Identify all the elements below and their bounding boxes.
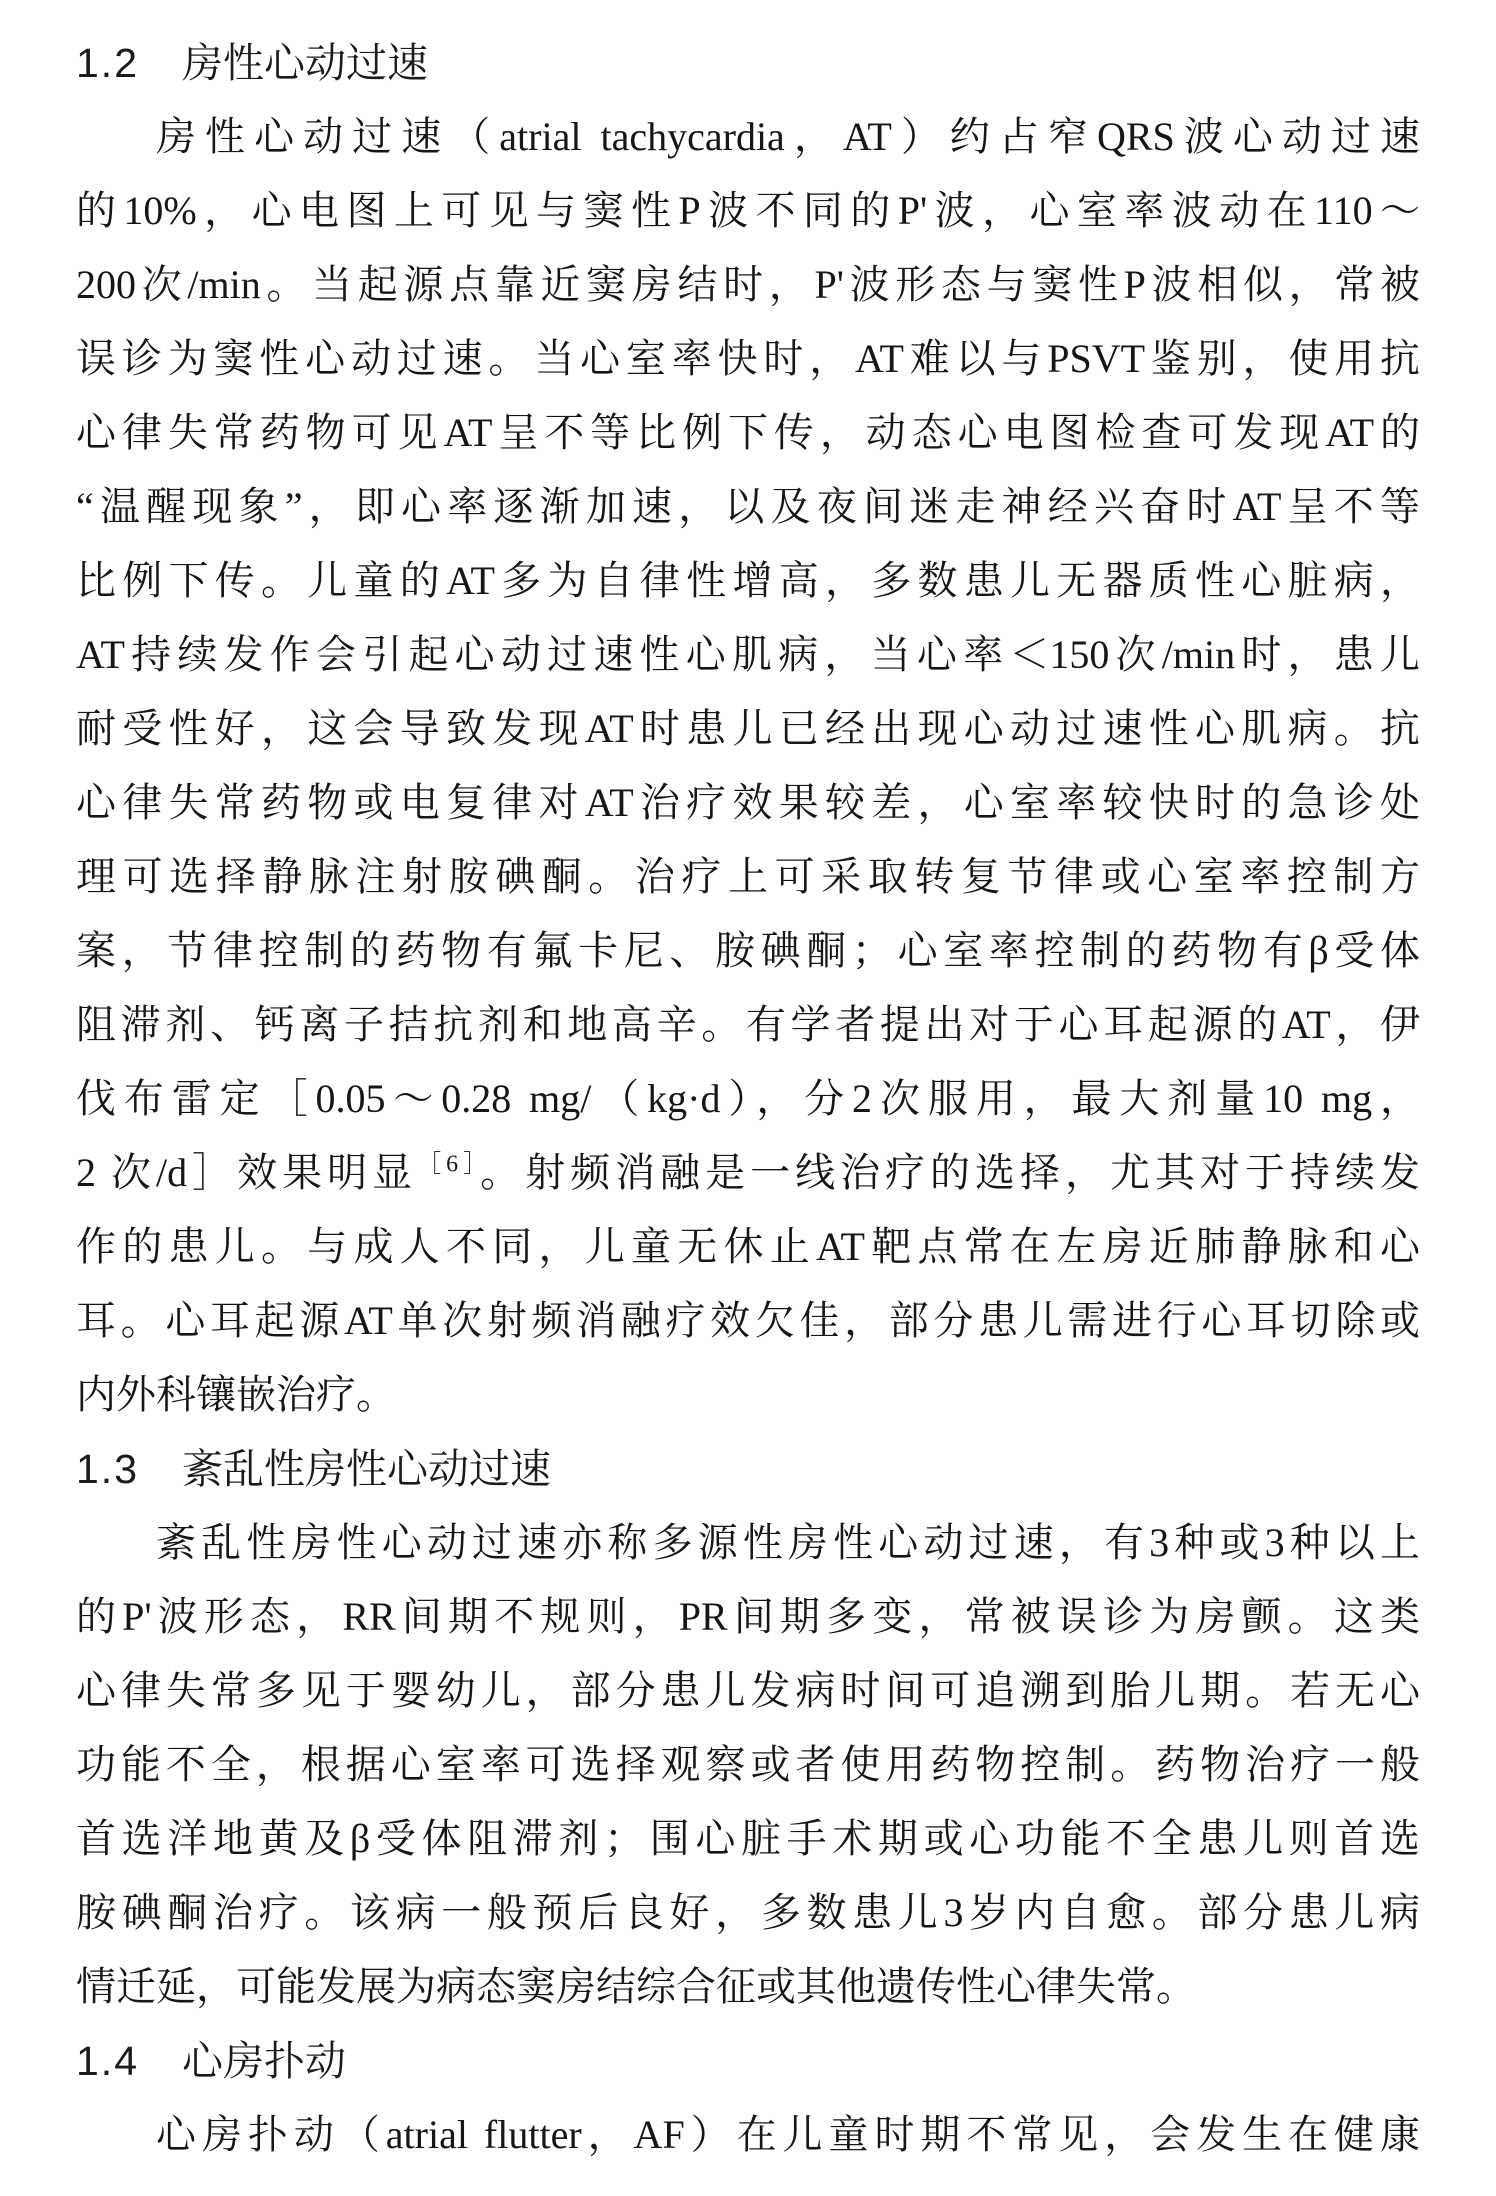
text-segment: 阻滞剂、钙离子拮抗剂和地高辛。有学者提出对于心耳起源的AT，伊: [76, 1002, 1420, 1047]
text-segment: 内外科镶嵌治疗。: [76, 1372, 396, 1417]
text-line: 作的患儿。与成人不同，儿童无休止AT靶点常在左房近肺静脉和心: [76, 1210, 1420, 1284]
text-line: 的P'波形态，RR间期不规则，PR间期多变，常被误诊为房颤。这类: [76, 1580, 1420, 1654]
text-segment: 的P'波形态，RR间期不规则，PR间期多变，常被误诊为房颤。这类: [76, 1594, 1420, 1639]
document-page: 1.2房性心动过速房性心动过速（atrial tachycardia，AT）约占…: [0, 0, 1496, 2196]
text-segment: 伐布雷定［0.05～0.28 mg/（kg·d），分2次服用，最大剂量10 mg…: [76, 1076, 1420, 1121]
text-line: 2 次/d］效果明显［6］。射频消融是一线治疗的选择，尤其对于持续发: [76, 1136, 1420, 1210]
text-segment: 理可选择静脉注射胺碘酮。治疗上可采取转复节律或心室率控制方: [76, 854, 1420, 899]
text-segment: 功能不全，根据心室率可选择观察或者使用药物控制。药物治疗一般: [76, 1742, 1420, 1787]
heading-title: 房性心动过速: [182, 40, 428, 86]
text-line: “温醒现象”，即心率逐渐加速，以及夜间迷走神经兴奋时AT呈不等: [76, 470, 1420, 544]
section-heading-1-3: 1.3紊乱性房性心动过速: [76, 1432, 1420, 1506]
text-line: 伐布雷定［0.05～0.28 mg/（kg·d），分2次服用，最大剂量10 mg…: [76, 1062, 1420, 1136]
text-segment: 心律失常多见于婴幼儿，部分患儿发病时间可追溯到胎儿期。若无心: [76, 1668, 1420, 1713]
text-line: 耐受性好，这会导致发现AT时患儿已经出现心动过速性心肌病。抗: [76, 692, 1420, 766]
text-line: 房性心动过速（atrial tachycardia，AT）约占窄QRS波心动过速: [76, 100, 1420, 174]
text-line: 200次/min。当起源点靠近窦房结时，P'波形态与窦性P波相似，常被: [76, 248, 1420, 322]
heading-number: 1.2: [76, 40, 139, 86]
text-segment: 200次/min。当起源点靠近窦房结时，P'波形态与窦性P波相似，常被: [76, 262, 1420, 307]
heading-number: 1.3: [76, 1446, 139, 1492]
text-segment: 误诊为窦性心动过速。当心室率快时，AT难以与PSVT鉴别，使用抗: [76, 336, 1420, 381]
text-segment: “温醒现象”，即心率逐渐加速，以及夜间迷走神经兴奋时AT呈不等: [76, 484, 1420, 529]
text-line: 首选洋地黄及β受体阻滞剂；围心脏手术期或心功能不全患儿则首选: [76, 1802, 1420, 1876]
heading-title: 紊乱性房性心动过速: [182, 1446, 551, 1492]
text-line: 内外科镶嵌治疗。: [76, 1358, 1420, 1432]
heading-title: 心房扑动: [182, 2038, 346, 2084]
text-segment: 的10%，心电图上可见与窦性P波不同的P'波，心室率波动在110～: [76, 188, 1420, 233]
text-line: 胺碘酮治疗。该病一般预后良好，多数患儿3岁内自愈。部分患儿病: [76, 1876, 1420, 1950]
section-heading-1-4: 1.4心房扑动: [76, 2024, 1420, 2098]
text-segment: 2 次/d］效果明显: [76, 1150, 417, 1195]
text-segment: 心律失常药物可见AT呈不等比例下传，动态心电图检查可发现AT的: [76, 410, 1420, 455]
text-line: 情迁延，可能发展为病态窦房结综合征或其他遗传性心律失常。: [76, 1950, 1420, 2024]
text-segment: 案，节律控制的药物有氟卡尼、胺碘酮；心室率控制的药物有β受体: [76, 928, 1420, 973]
text-segment: 紊乱性房性心动过速亦称多源性房性心动过速，有3种或3种以上: [156, 1520, 1420, 1565]
text-line: 心律失常多见于婴幼儿，部分患儿发病时间可追溯到胎儿期。若无心: [76, 1654, 1420, 1728]
text-line: 心律失常药物或电复律对AT治疗效果较差，心室率较快时的急诊处: [76, 766, 1420, 840]
text-segment: AT持续发作会引起心动过速性心肌病，当心率＜150次/min时，患儿: [76, 632, 1420, 677]
document-body: 1.2房性心动过速房性心动过速（atrial tachycardia，AT）约占…: [0, 0, 1496, 2172]
text-line: 紊乱性房性心动过速亦称多源性房性心动过速，有3种或3种以上: [76, 1506, 1420, 1580]
text-segment: 作的患儿。与成人不同，儿童无休止AT靶点常在左房近肺静脉和心: [76, 1224, 1420, 1269]
text-segment: 心律失常药物或电复律对AT治疗效果较差，心室率较快时的急诊处: [76, 780, 1420, 825]
text-line: 阻滞剂、钙离子拮抗剂和地高辛。有学者提出对于心耳起源的AT，伊: [76, 988, 1420, 1062]
text-line: 案，节律控制的药物有氟卡尼、胺碘酮；心室率控制的药物有β受体: [76, 914, 1420, 988]
text-segment: 首选洋地黄及β受体阻滞剂；围心脏手术期或心功能不全患儿则首选: [76, 1816, 1420, 1861]
text-segment: 。射频消融是一线治疗的选择，尤其对于持续发: [480, 1150, 1420, 1195]
text-line: 心房扑动（atrial flutter，AF）在儿童时期不常见，会发生在健康: [76, 2098, 1420, 2172]
text-line: 耳。心耳起源AT单次射频消融疗效欠佳，部分患儿需进行心耳切除或: [76, 1284, 1420, 1358]
text-segment: 情迁延，可能发展为病态窦房结综合征或其他遗传性心律失常。: [76, 1964, 1196, 2009]
text-segment: 比例下传。儿童的AT多为自律性增高，多数患儿无器质性心脏病，: [76, 558, 1420, 603]
text-segment: 心房扑动（atrial flutter，AF）在儿童时期不常见，会发生在健康: [156, 2112, 1420, 2157]
reference-superscript: ［6］: [417, 1152, 480, 1178]
text-line: 比例下传。儿童的AT多为自律性增高，多数患儿无器质性心脏病，: [76, 544, 1420, 618]
text-segment: 耳。心耳起源AT单次射频消融疗效欠佳，部分患儿需进行心耳切除或: [76, 1298, 1420, 1343]
text-line: 误诊为窦性心动过速。当心室率快时，AT难以与PSVT鉴别，使用抗: [76, 322, 1420, 396]
text-segment: 房性心动过速（atrial tachycardia，AT）约占窄QRS波心动过速: [156, 114, 1420, 159]
text-segment: 胺碘酮治疗。该病一般预后良好，多数患儿3岁内自愈。部分患儿病: [76, 1890, 1420, 1935]
text-line: 理可选择静脉注射胺碘酮。治疗上可采取转复节律或心室率控制方: [76, 840, 1420, 914]
text-line: 的10%，心电图上可见与窦性P波不同的P'波，心室率波动在110～: [76, 174, 1420, 248]
text-segment: 耐受性好，这会导致发现AT时患儿已经出现心动过速性心肌病。抗: [76, 706, 1420, 751]
text-line: 心律失常药物可见AT呈不等比例下传，动态心电图检查可发现AT的: [76, 396, 1420, 470]
text-line: AT持续发作会引起心动过速性心肌病，当心率＜150次/min时，患儿: [76, 618, 1420, 692]
section-heading-1-2: 1.2房性心动过速: [76, 26, 1420, 100]
text-line: 功能不全，根据心室率可选择观察或者使用药物控制。药物治疗一般: [76, 1728, 1420, 1802]
heading-number: 1.4: [76, 2038, 139, 2084]
